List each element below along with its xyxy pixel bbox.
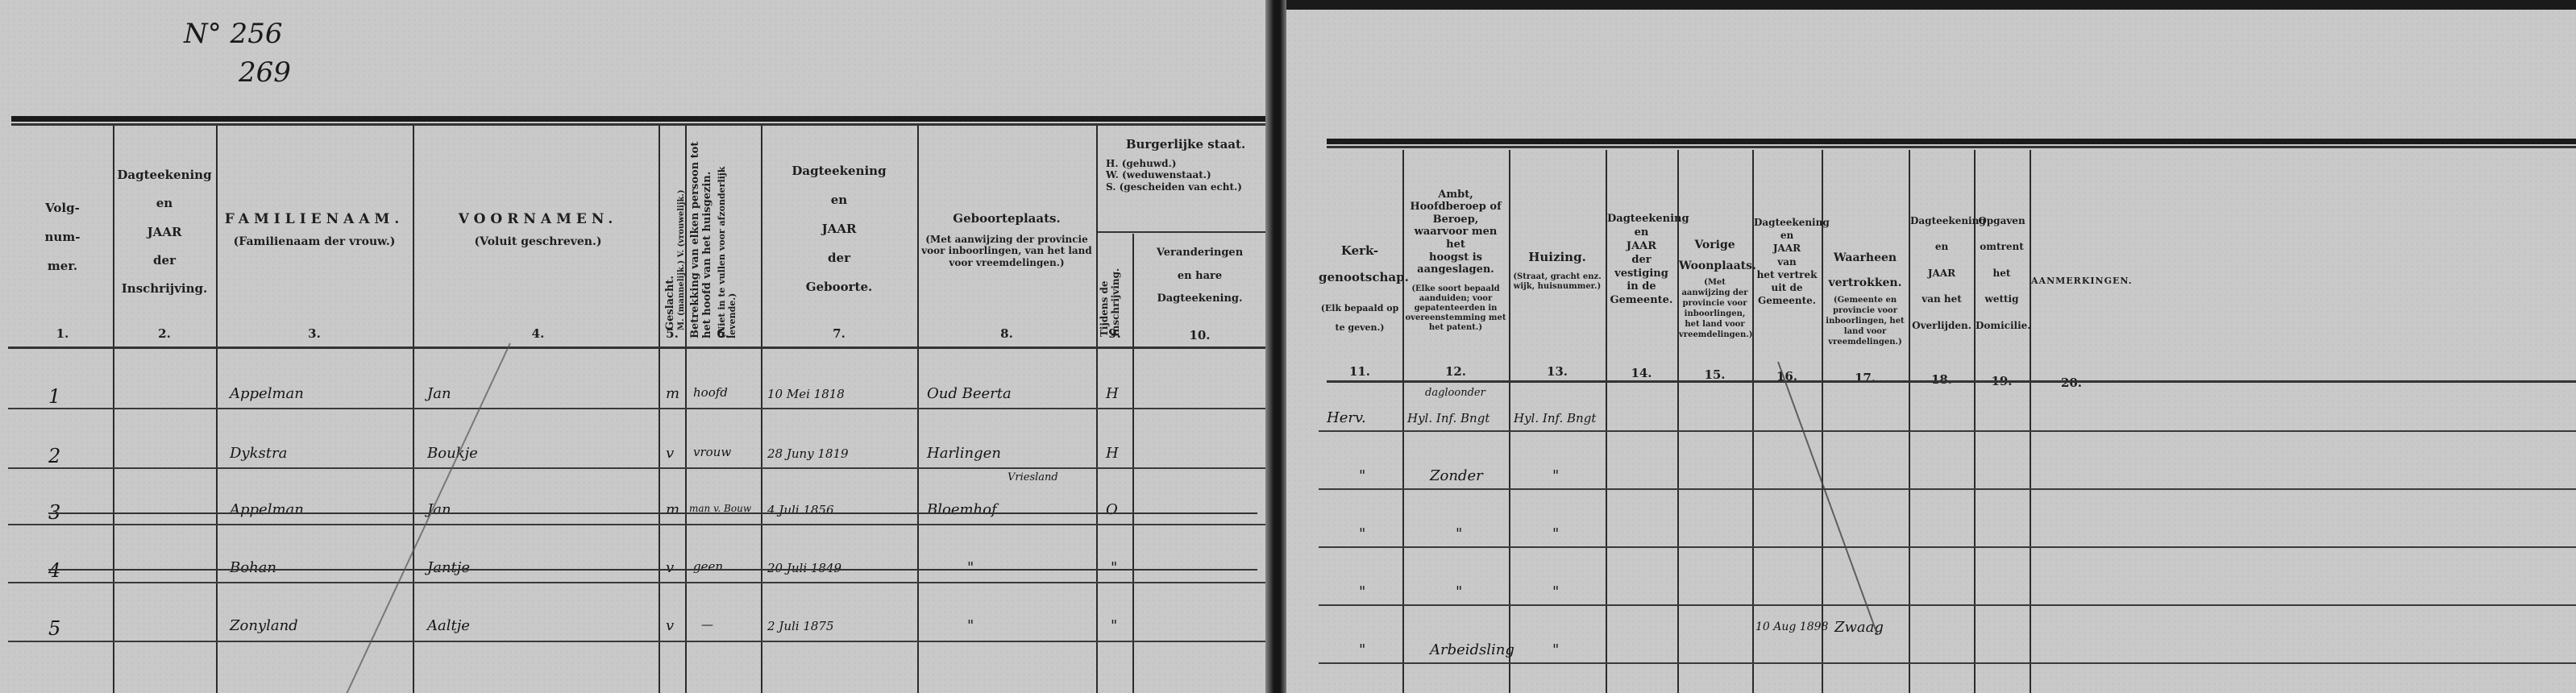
entry-5-volgnummer: 5 xyxy=(48,617,60,640)
col-number: 18. xyxy=(1910,372,1973,387)
burgerlijke-staat-divider xyxy=(1098,231,1265,233)
entry-1-beroep-note: dagloonder xyxy=(1425,387,1485,399)
col-divider xyxy=(1096,126,1098,693)
entry-5-geboorteplaats: " xyxy=(967,617,974,634)
col-header-aanmerkingen: AANMERKINGEN. xyxy=(2031,276,2112,286)
row-rule xyxy=(8,408,1265,409)
strike-through-line xyxy=(48,512,1257,514)
entry-6-huizing: " xyxy=(1552,641,1559,658)
row-rule xyxy=(1319,488,2576,490)
col-header-waarheen: Waarheen vertrokken. (Gemeente en provin… xyxy=(1823,221,1907,372)
col-number: 9. xyxy=(1098,326,1132,341)
col-divider xyxy=(2030,150,2031,693)
col-header-tijdens-inschrijving: Tijdens de Inschrijving. xyxy=(1099,236,1122,337)
col-number: 17. xyxy=(1823,371,1907,385)
entry-2-kerk: " xyxy=(1359,467,1365,484)
right-page: Kerk- genootschap. (Elk bepaald op te ge… xyxy=(1286,10,2576,693)
col-number: 8. xyxy=(919,326,1095,341)
entry-3-huizing: " xyxy=(1552,525,1559,542)
col-header-beroep: Ambt, Hoofdberoep of Beroep, waarvoor me… xyxy=(1404,176,1507,345)
col-header-vorige-woonplaats: Vorige Woonplaats. (Met aanwijzing der p… xyxy=(1679,213,1751,361)
col-header-geslacht: Geslacht. M. (mannelijk.) V. (vrouwelijk… xyxy=(665,129,686,330)
entry-1-betrekking: hoofd xyxy=(693,385,728,400)
entry-2-burgerlijke-staat: H xyxy=(1106,445,1119,462)
col-number: 5. xyxy=(660,326,684,341)
col-divider xyxy=(1509,150,1510,693)
header-top-rule xyxy=(1327,139,2576,146)
col-header-betrekking: Betrekking van elken persoon tot het hoo… xyxy=(690,129,737,338)
entry-4-geboorte: 20 Juli 1849 xyxy=(767,561,841,575)
entry-2-huizing: " xyxy=(1552,467,1559,484)
entry-1-voornamen: Jan xyxy=(427,385,451,402)
col-header-voornamen: VOORNAMEN. (Voluit geschreven.) xyxy=(419,211,657,249)
entry-6-kerk: " xyxy=(1359,641,1365,658)
col-header-domicilie: Opgaven omtrent het wettig Domicilie. xyxy=(1976,208,2028,338)
left-page: N° 256 269 Volg- num- mer. Dagteekening … xyxy=(0,0,1265,693)
header-bottom-rule xyxy=(8,346,1265,349)
entry-2-betrekking: vrouw xyxy=(693,445,731,459)
diagonal-cancel-mark xyxy=(1777,362,1878,635)
entry-4-voornamen: Jantje xyxy=(427,559,470,576)
entry-4-beroep: " xyxy=(1456,583,1462,600)
entry-5-vertrek: 10 Aug 1898 xyxy=(1755,620,1828,633)
col-number: 3. xyxy=(218,326,411,341)
entry-3-geslacht: m xyxy=(666,501,679,518)
col-divider xyxy=(659,126,660,693)
col-header-kerkgenootschap: Kerk- genootschap. (Elk bepaald op te ge… xyxy=(1319,211,1401,364)
col-header-volgnummer: Volg- num- mer. xyxy=(16,193,109,280)
entry-4-burgerlijke-staat: " xyxy=(1111,559,1117,576)
entry-3-kerk: " xyxy=(1359,525,1365,542)
col-divider xyxy=(413,126,414,693)
entry-2-beroep: Zonder xyxy=(1430,467,1483,484)
entry-4-betrekking: geen xyxy=(693,559,723,574)
entry-4-volgnummer: 4 xyxy=(48,559,60,582)
entry-1-huizing: Hyl. Inf. Bngt xyxy=(1514,411,1596,425)
entry-2-geboorteplaats: Harlingen xyxy=(927,445,1001,462)
entry-1-geboorteplaats: Oud Beerta xyxy=(927,385,1012,402)
row-rule xyxy=(1319,662,2576,664)
page-number-corrected: 269 xyxy=(239,56,291,89)
col-header-vertrek: Dagteekening en JAAR van het vertrek uit… xyxy=(1754,216,1820,307)
col-header-overlijden: Dagteekening en JAAR van het Overlijden. xyxy=(1910,208,1973,338)
col-header-huizing: Huizing. (Straat, gracht enz. wijk, huis… xyxy=(1510,250,1604,292)
entry-4-kerk: " xyxy=(1359,583,1365,600)
entry-5-geboorte: 2 Juli 1875 xyxy=(767,619,834,633)
col-number: 13. xyxy=(1510,364,1604,379)
entry-1-kerk: Herv. xyxy=(1327,409,1366,426)
entry-3-geboorteplaats: Bloemhof xyxy=(927,501,997,518)
entry-2-familienaam: Dykstra xyxy=(230,445,287,462)
header-bottom-rule xyxy=(1327,380,2576,383)
entry-2-voornamen: Boukje xyxy=(427,445,478,462)
col-number: 11. xyxy=(1319,364,1401,379)
col-number: 14. xyxy=(1607,366,1676,380)
row-rule xyxy=(1319,604,2576,606)
col-header-familienaam: FAMILIENAAM. (Familienaam der vrouw.) xyxy=(218,211,411,249)
strike-through-line xyxy=(48,569,1257,571)
col-header-geboorteplaats: Geboorteplaats. (Met aanwijzing der prov… xyxy=(919,211,1095,268)
entry-4-huizing: " xyxy=(1552,583,1559,600)
entry-1-volgnummer: 1 xyxy=(48,385,60,408)
col-header-inschrijving: Dagteekening en JAAR der Inschrijving. xyxy=(114,161,214,303)
entry-1-beroep: Hyl. Inf. Bngt xyxy=(1407,411,1490,425)
entry-2-geboorteplaats-note: Vriesland xyxy=(1008,471,1058,483)
entry-1-familienaam: Appelman xyxy=(230,385,304,402)
col-number: 1. xyxy=(16,326,109,341)
row-rule xyxy=(8,582,1265,583)
col-number: 7. xyxy=(762,326,916,341)
col-number: 6. xyxy=(687,326,759,341)
col-header-geboorte: Dagteekening en JAAR der Geboorte. xyxy=(762,156,916,301)
entry-6-beroep: Arbeidsling xyxy=(1430,641,1514,658)
entry-5-familienaam: Zonyland xyxy=(230,617,298,634)
col-header-vestiging: Dagteekening en JAAR der vestiging in de… xyxy=(1607,213,1676,308)
entry-2-volgnummer: 2 xyxy=(48,445,60,467)
entry-1-geslacht: m xyxy=(666,385,679,402)
entry-3-geboorte: 4 Juli 1856 xyxy=(767,503,834,517)
col-number: 20. xyxy=(2031,376,2112,390)
entry-2-geslacht: v xyxy=(666,445,674,462)
row-rule xyxy=(8,524,1265,525)
entry-2-geboorte: 28 Juny 1819 xyxy=(767,446,849,461)
entry-5-geslacht: v xyxy=(666,617,674,634)
col-number: 4. xyxy=(419,326,657,341)
col-header-burgerlijke-staat: Burgerlijke staat. H. (gehuwd.) W. (wedu… xyxy=(1098,137,1265,193)
col-header-veranderingen: Veranderingen en hare Dagteekening. xyxy=(1134,242,1265,311)
entry-4-familienaam: Bohan xyxy=(230,559,276,576)
header-top-rule xyxy=(11,116,1265,123)
row-rule xyxy=(8,467,1265,469)
book-gutter xyxy=(1265,0,1286,693)
entry-5-betrekking: — xyxy=(701,617,713,632)
entry-3-familienaam: Appelman xyxy=(230,501,304,518)
row-rule xyxy=(1319,546,2576,548)
row-rule xyxy=(8,641,1265,642)
entry-5-voornamen: Aaltje xyxy=(427,617,470,634)
entry-3-burgerlijke-staat: O xyxy=(1106,501,1118,518)
page-number-original: N° 256 xyxy=(184,18,282,50)
entry-4-geslacht: v xyxy=(666,559,674,576)
row-rule xyxy=(1319,430,2576,432)
entry-1-geboorte: 10 Mei 1818 xyxy=(767,387,845,401)
col-number: 12. xyxy=(1404,364,1507,379)
col-number: 2. xyxy=(114,326,214,341)
entry-1-burgerlijke-staat: H xyxy=(1106,385,1119,402)
entry-4-geboorteplaats: " xyxy=(967,559,974,576)
entry-5-burgerlijke-staat: " xyxy=(1111,617,1117,634)
entry-3-beroep: " xyxy=(1456,525,1462,542)
col-number: 10. xyxy=(1134,328,1265,342)
